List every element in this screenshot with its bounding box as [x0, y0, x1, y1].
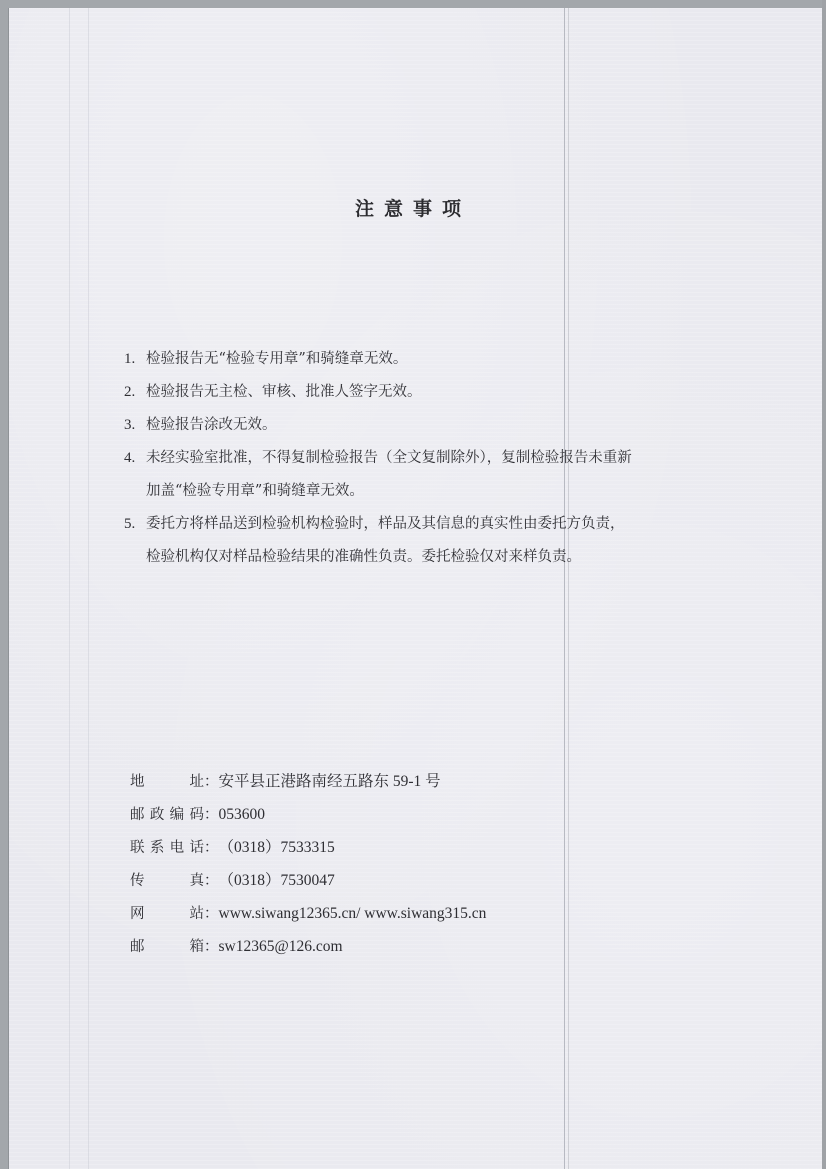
note-number: 2. [124, 376, 135, 409]
page-title: 注意事项 [0, 194, 826, 221]
scan-edge [822, 0, 826, 1169]
note-item: 3. 检验报告涂改无效。 [124, 409, 744, 442]
scanned-page: 注意事项 1. 检验报告无“检验专用章”和骑缝章无效。 2. 检验报告无主检、审… [0, 0, 826, 1169]
contact-label: 邮箱 [130, 931, 204, 964]
contact-value: 安平县正港路南经五路东 59-1 号 [219, 773, 441, 790]
fold-line [88, 8, 89, 1169]
fold-line [69, 8, 70, 1169]
contact-label: 联系电话 [130, 832, 204, 865]
contact-fax: 传真：（0318）7530047 [130, 864, 486, 897]
contact-address: 地址：安平县正港路南经五路东 59-1 号 [130, 765, 486, 798]
note-number: 4. [124, 442, 135, 475]
note-item: 1. 检验报告无“检验专用章”和骑缝章无效。 [124, 343, 744, 376]
note-item: 2. 检验报告无主检、审核、批准人签字无效。 [124, 376, 744, 409]
notes-list: 1. 检验报告无“检验专用章”和骑缝章无效。 2. 检验报告无主检、审核、批准人… [124, 343, 744, 574]
note-item: 4. 未经实验室批准，不得复制检验报告（全文复制除外），复制检验报告未重新 加盖… [124, 442, 744, 508]
contact-email: 邮箱：sw12365@126.com [130, 930, 486, 963]
note-text: 加盖“检验专用章”和骑缝章无效。 [146, 475, 744, 508]
fold-line [568, 8, 569, 1169]
website-link[interactable]: www.siwang12365.cn/ www.siwang315.cn [219, 905, 487, 922]
note-text: 委托方将样品送到检验机构检验时，样品及其信息的真实性由委托方负责， [146, 508, 744, 541]
note-number: 3. [124, 409, 135, 442]
note-text: 检验报告无“检验专用章”和骑缝章无效。 [146, 343, 744, 376]
contact-label: 传真 [130, 865, 204, 898]
note-number: 5. [124, 508, 135, 541]
contact-value: 053600 [219, 806, 266, 823]
contact-label: 网站 [130, 898, 204, 931]
contact-info: 地址：安平县正港路南经五路东 59-1 号 邮政编码：053600 联系电话：（… [130, 765, 486, 963]
note-item: 5. 委托方将样品送到检验机构检验时，样品及其信息的真实性由委托方负责， 检验机… [124, 508, 744, 574]
note-text: 检验机构仅对样品检验结果的准确性负责。委托检验仅对来样负责。 [146, 541, 744, 574]
email-link[interactable]: sw12365@126.com [219, 938, 343, 955]
note-number: 1. [124, 343, 135, 376]
note-text: 检验报告涂改无效。 [146, 409, 744, 442]
contact-value: （0318）7533315 [219, 839, 335, 856]
contact-value: （0318）7530047 [219, 872, 335, 889]
paper-sheet [9, 8, 822, 1169]
note-text: 未经实验室批准，不得复制检验报告（全文复制除外），复制检验报告未重新 [146, 442, 744, 475]
contact-label: 邮政编码 [130, 799, 204, 832]
fold-line [564, 8, 565, 1169]
contact-label: 地址 [130, 766, 204, 799]
contact-website: 网站：www.siwang12365.cn/ www.siwang315.cn [130, 897, 486, 930]
contact-postcode: 邮政编码：053600 [130, 798, 486, 831]
note-text: 检验报告无主检、审核、批准人签字无效。 [146, 376, 744, 409]
contact-phone: 联系电话：（0318）7533315 [130, 831, 486, 864]
